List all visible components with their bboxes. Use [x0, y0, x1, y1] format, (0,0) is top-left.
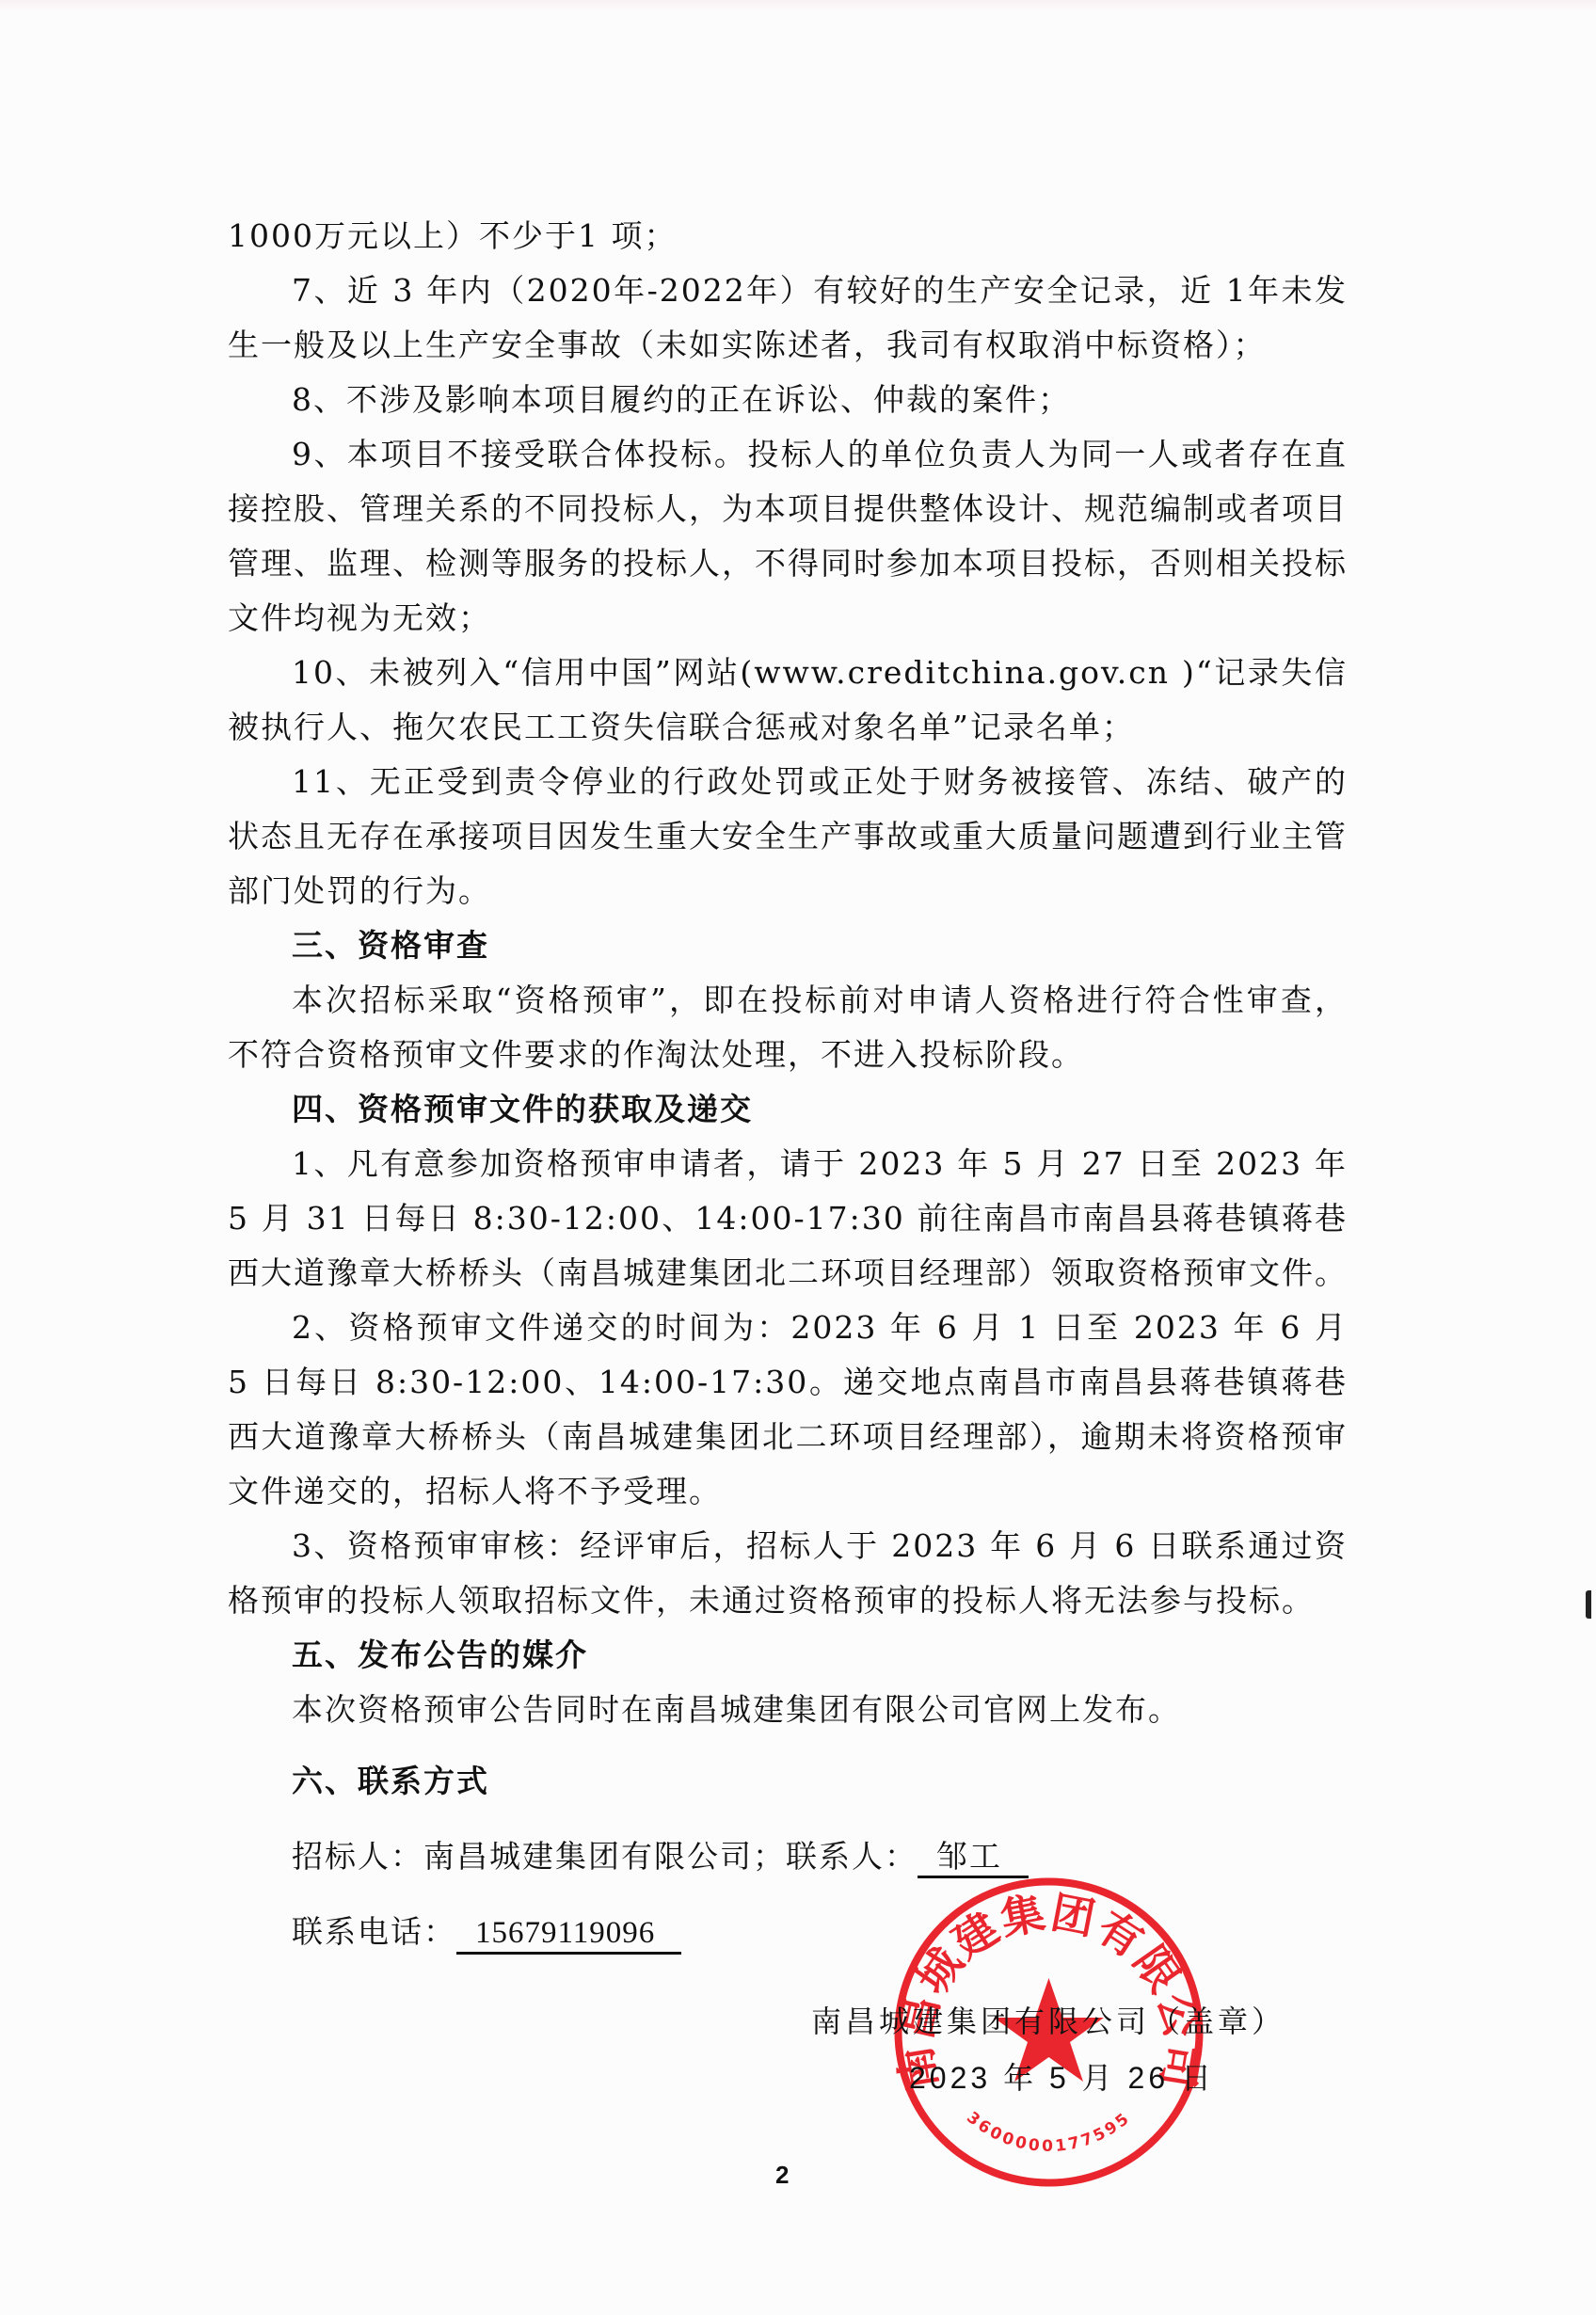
phone-label: 联系电话： [292, 1913, 456, 1950]
phone-value: 15679119096 [456, 1914, 681, 1955]
paragraph-continuation: 1000万元以上）不少于1 项； [228, 209, 1348, 263]
section-heading-publication-media: 五、发布公告的媒介 [228, 1628, 1348, 1683]
requirement-item-7: 7、近 3 年内（2020年-2022年）有较好的生产安全记录，近 1年未发生一… [228, 263, 1348, 373]
section-heading-prequalification-documents: 四、资格预审文件的获取及递交 [228, 1082, 1348, 1137]
section-heading-contact: 六、联系方式 [228, 1754, 1348, 1809]
svg-text:3600000177595: 3600000177595 [963, 2108, 1134, 2156]
requirement-item-11: 11、无正受到责令停业的行政处罚或正处于财务被接管、冻结、破产的状态且无存在承接… [228, 755, 1348, 918]
section-heading-qualification-review: 三、资格审查 [228, 918, 1348, 973]
signature-company: 南昌城建集团有限公司（盖章） [811, 1993, 1301, 2050]
document-body: 1000万元以上）不少于1 项； 7、近 3 年内（2020年-2022年）有较… [228, 209, 1348, 1980]
tenderer-name: 南昌城建集团有限公司； [423, 1838, 786, 1875]
publication-media-text: 本次资格预审公告同时在南昌城建集团有限公司官网上发布。 [228, 1683, 1348, 1737]
signature-date: 2023 年 5 月 26 日 [811, 2050, 1301, 2106]
requirement-item-10: 10、未被列入“信用中国”网站(www.creditchina.gov.cn )… [228, 646, 1348, 755]
tenderer-label: 招标人： [292, 1838, 423, 1875]
page-number: 2 [775, 2161, 789, 2190]
requirement-item-8: 8、不涉及影响本项目履约的正在诉讼、仲裁的案件； [228, 373, 1348, 427]
signature-block: 南昌城建集团有限公司（盖章） 2023 年 5 月 26 日 [811, 1993, 1301, 2106]
requirement-item-9: 9、本项目不接受联合体投标。投标人的单位负责人为同一人或者存在直接控股、管理关系… [228, 427, 1348, 646]
scan-edge-mark [1586, 1590, 1591, 1619]
contact-person-value: 邹工 [918, 1838, 1029, 1878]
document-page: 1000万元以上）不少于1 项； 7、近 3 年内（2020年-2022年）有较… [0, 0, 1596, 2315]
qualification-review-text: 本次招标采取“资格预审”，即在投标前对申请人资格进行符合性审查，不符合资格预审文… [228, 973, 1348, 1082]
prequalification-item-1: 1、凡有意参加资格预审申请者，请于 2023 年 5 月 27 日至 2023 … [228, 1137, 1348, 1301]
contact-person-label: 联系人： [786, 1838, 918, 1875]
prequalification-item-2: 2、资格预审文件递交的时间为：2023 年 6 月 1 日至 2023 年 6 … [228, 1301, 1348, 1519]
prequalification-item-3: 3、资格预审审核：经评审后，招标人于 2023 年 6 月 6 日联系通过资格预… [228, 1519, 1348, 1628]
